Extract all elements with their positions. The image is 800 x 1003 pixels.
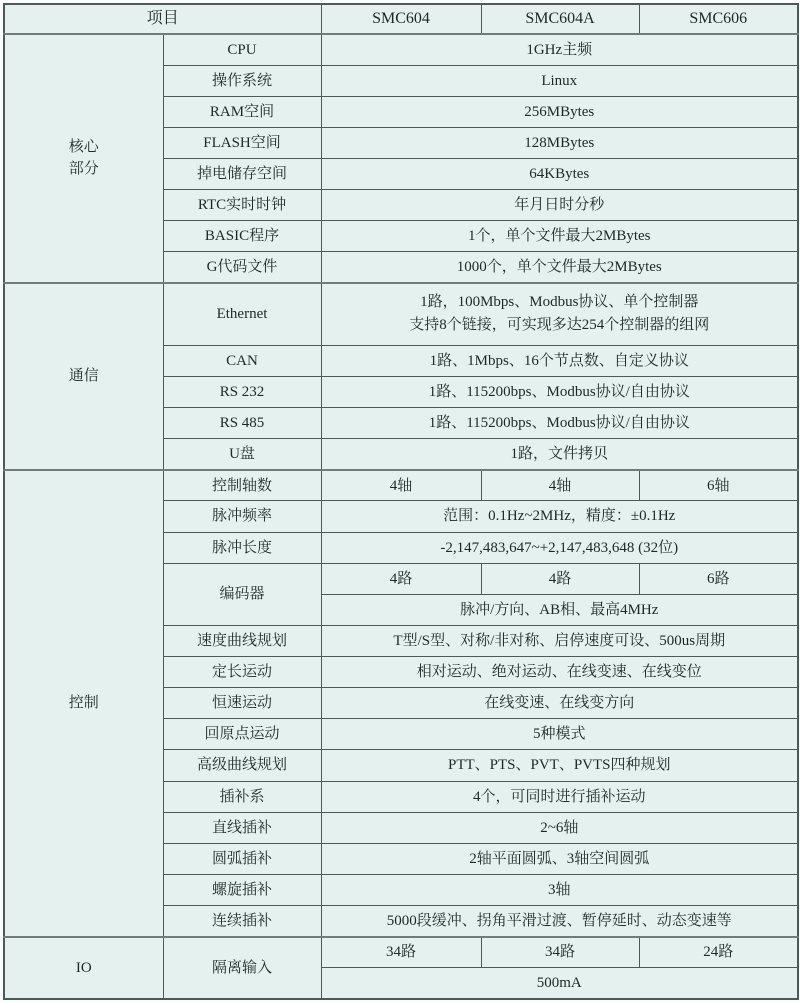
- spec-label-cell: BASIC程序: [163, 221, 321, 252]
- spec-label-cell: CPU: [163, 34, 321, 65]
- spec-value-cell: 500mA: [321, 968, 798, 999]
- spec-label-cell: G代码文件: [163, 252, 321, 283]
- spec-label-cell: RS 485: [163, 408, 321, 439]
- spec-value-cell: 1路，100Mbps、Modbus协议、单个控制器 支持8个链接，可实现多达25…: [321, 283, 798, 345]
- spec-value-cell: PTT、PTS、PVT、PVTS四种规划: [321, 750, 798, 781]
- section-cell-io: IO: [4, 937, 163, 999]
- header-cell-model-2: SMC604A: [481, 4, 639, 34]
- spec-label-cell: 插补系: [163, 781, 321, 812]
- spec-label-cell: 恒速运动: [163, 688, 321, 719]
- spec-value-cell: 1路、115200bps、Modbus协议/自由协议: [321, 408, 798, 439]
- header-cell-model-3: SMC606: [639, 4, 798, 34]
- spec-value-cell: 3轴: [321, 874, 798, 905]
- spec-value-cell: 5000段缓冲、拐角平滑过渡、暂停延时、动态变速等: [321, 906, 798, 937]
- spec-label-cell: RS 232: [163, 376, 321, 407]
- model-value-cell: 34路: [321, 937, 481, 968]
- model-value-cell: 4轴: [321, 470, 481, 501]
- spec-label-cell: 掉电储存空间: [163, 159, 321, 190]
- model-value-cell: 34路: [481, 937, 639, 968]
- spec-label-cell: 连续插补: [163, 906, 321, 937]
- spec-value-cell: 256MBytes: [321, 96, 798, 127]
- spec-label-cell: 直线插补: [163, 812, 321, 843]
- spec-value-cell: 1个，单个文件最大2MBytes: [321, 221, 798, 252]
- spec-value-cell: 1路，文件拷贝: [321, 439, 798, 470]
- spec-label-cell: FLASH空间: [163, 127, 321, 158]
- model-value-cell: 24路: [639, 937, 798, 968]
- spec-label-cell: CAN: [163, 345, 321, 376]
- spec-label-cell: 圆弧插补: [163, 843, 321, 874]
- header-cell-item: 项目: [4, 4, 321, 34]
- spec-value-cell: 范围：0.1Hz~2MHz，精度：±0.1Hz: [321, 501, 798, 532]
- model-value-cell: 4轴: [481, 470, 639, 501]
- spec-label-cell: 控制轴数: [163, 470, 321, 501]
- section-label: IO: [76, 960, 92, 976]
- spec-value-cell: 年月日时分秒: [321, 190, 798, 221]
- value-line-1: 1路，100Mbps、Modbus协议、单个控制器: [326, 291, 794, 314]
- spec-value-cell: Linux: [321, 65, 798, 96]
- section-label: 核心部分: [67, 137, 102, 181]
- model-value-cell: 6路: [639, 563, 798, 594]
- spec-label-cell: 回原点运动: [163, 719, 321, 750]
- spec-label-cell: 高级曲线规划: [163, 750, 321, 781]
- section-label: 控制: [69, 695, 99, 711]
- section-cell-core: 核心部分: [4, 34, 163, 283]
- spec-value-cell: 2~6轴: [321, 812, 798, 843]
- spec-value-cell: 128MBytes: [321, 127, 798, 158]
- value-line-2: 支持8个链接，可实现多达254个控制器的组网: [326, 314, 794, 337]
- model-value-cell: 4路: [321, 563, 481, 594]
- spec-label-cell: 螺旋插补: [163, 874, 321, 905]
- spec-value-cell: 相对运动、绝对运动、在线变速、在线变位: [321, 657, 798, 688]
- spec-value-cell: -2,147,483,647~+2,147,483,648 (32位): [321, 532, 798, 563]
- spec-label-cell: 脉冲长度: [163, 532, 321, 563]
- spec-table: 项目 SMC604 SMC604A SMC606 核心部分 CPU 1GHz主频…: [3, 3, 799, 1000]
- spec-label-cell: 定长运动: [163, 657, 321, 688]
- spec-value-cell: T型/S型、对称/非对称、启停速度可设、500us周期: [321, 625, 798, 656]
- spec-label-cell: RTC实时时钟: [163, 190, 321, 221]
- spec-value-cell: 脉冲/方向、AB相、最高4MHz: [321, 594, 798, 625]
- section-cell-comm: 通信: [4, 283, 163, 470]
- spec-label-cell: RAM空间: [163, 96, 321, 127]
- spec-value-cell: 2轴平面圆弧、3轴空间圆弧: [321, 843, 798, 874]
- spec-label-cell: 隔离输入: [163, 937, 321, 999]
- model-value-cell: 6轴: [639, 470, 798, 501]
- spec-label-cell: 脉冲频率: [163, 501, 321, 532]
- spec-value-cell: 1路、115200bps、Modbus协议/自由协议: [321, 376, 798, 407]
- spec-label-cell: Ethernet: [163, 283, 321, 345]
- spec-value-cell: 64KBytes: [321, 159, 798, 190]
- spec-sheet-page: 项目 SMC604 SMC604A SMC606 核心部分 CPU 1GHz主频…: [0, 0, 800, 1003]
- model-value-cell: 4路: [481, 563, 639, 594]
- spec-value-cell: 1GHz主频: [321, 34, 798, 65]
- spec-label-cell: 速度曲线规划: [163, 625, 321, 656]
- spec-value-cell: 4个，可同时进行插补运动: [321, 781, 798, 812]
- spec-label-cell: U盘: [163, 439, 321, 470]
- section-cell-control: 控制: [4, 470, 163, 937]
- header-cell-model-1: SMC604: [321, 4, 481, 34]
- spec-label-cell: 编码器: [163, 563, 321, 625]
- spec-value-cell: 在线变速、在线变方向: [321, 688, 798, 719]
- spec-label-cell: 操作系统: [163, 65, 321, 96]
- spec-value-cell: 5种模式: [321, 719, 798, 750]
- spec-value-cell: 1000个，单个文件最大2MBytes: [321, 252, 798, 283]
- section-label: 通信: [69, 368, 99, 384]
- spec-value-cell: 1路、1Mbps、16个节点数、自定义协议: [321, 345, 798, 376]
